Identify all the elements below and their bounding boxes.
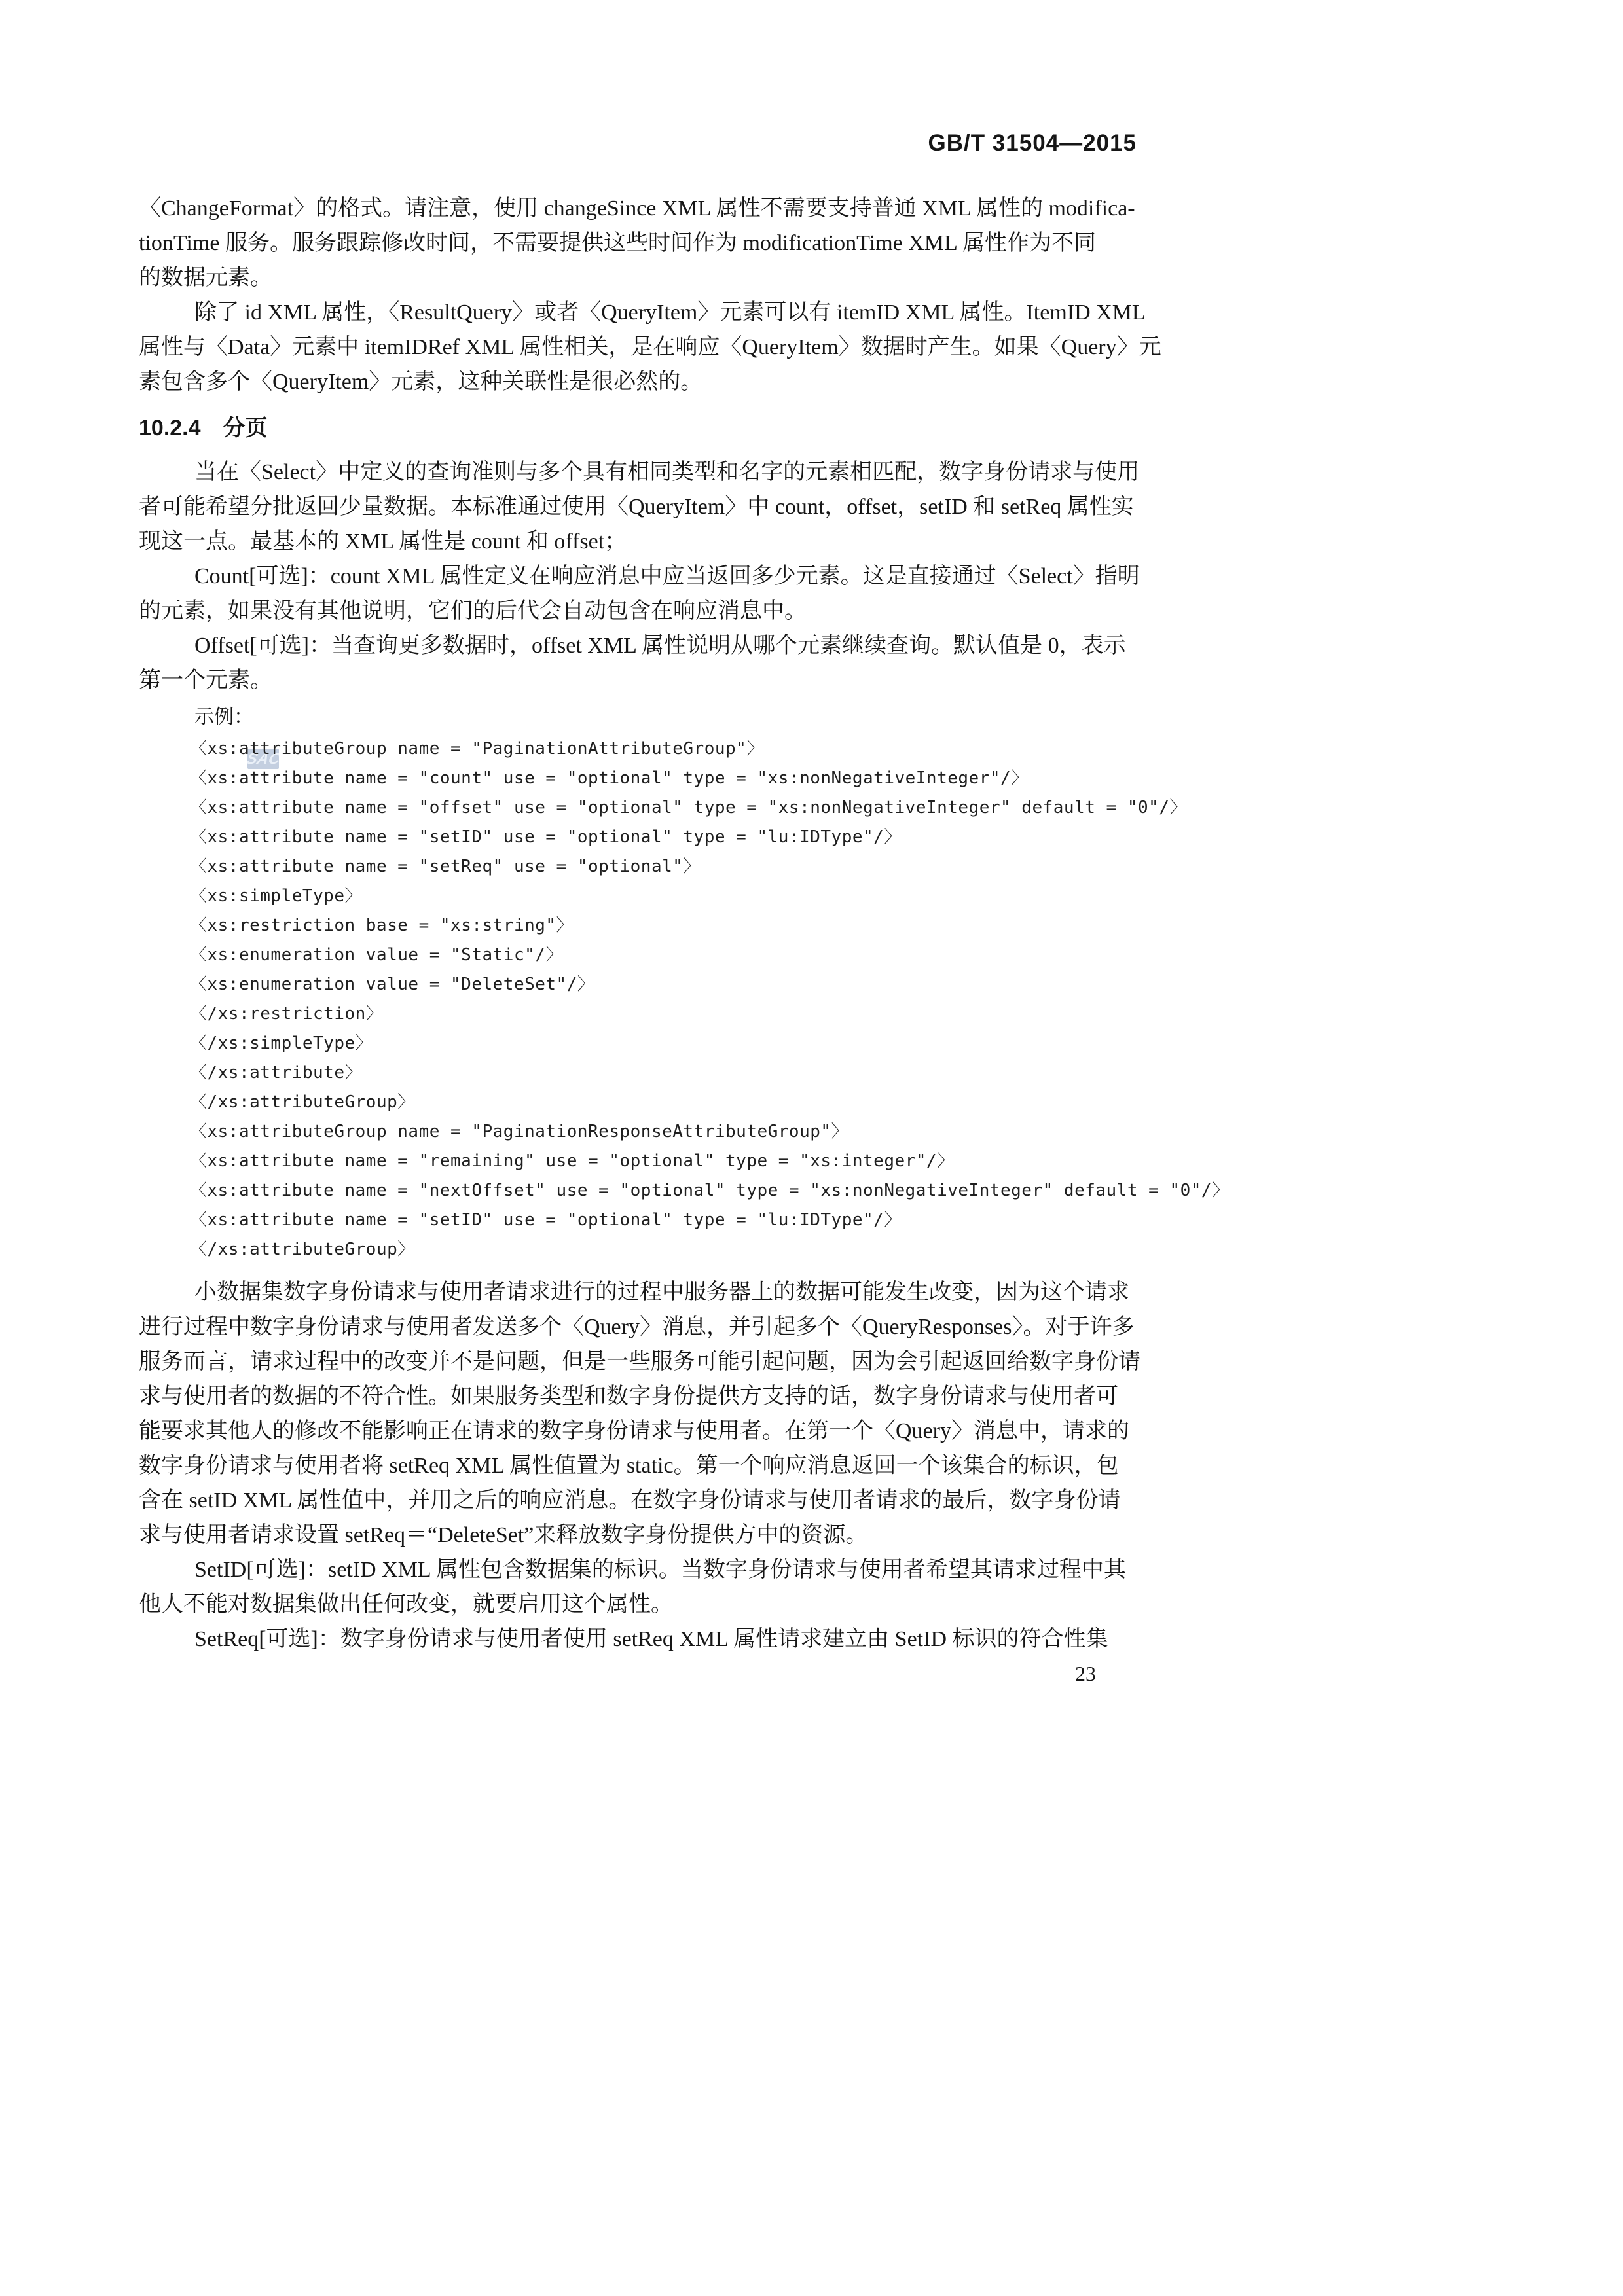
code-line: 〈/xs:restriction〉 xyxy=(190,999,1137,1029)
body-line: Offset[可选]：当查询更多数据时，offset XML 属性说明从哪个元素… xyxy=(139,628,1137,663)
paragraph-setreq: SetReq[可选]：数字身份请求与使用者使用 setReq XML 属性请求建… xyxy=(139,1622,1137,1657)
example-label: 示例： xyxy=(139,700,1137,734)
body-line: SetID[可选]：setID XML 属性包含数据集的标识。当数字身份请求与使… xyxy=(139,1552,1137,1587)
paragraph-setid: SetID[可选]：setID XML 属性包含数据集的标识。当数字身份请求与使… xyxy=(139,1552,1137,1622)
body-line: 除了 id XML 属性，〈ResultQuery〉或者〈QueryItem〉元… xyxy=(139,295,1137,330)
paragraph-count: Count[可选]：count XML 属性定义在响应消息中应当返回多少元素。这… xyxy=(139,559,1137,628)
code-line: 〈xs:restriction base = "xs:string"〉 xyxy=(190,911,1137,941)
code-line: 〈xs:simpleType〉 xyxy=(190,882,1137,911)
paragraph-offset: Offset[可选]：当查询更多数据时，offset XML 属性说明从哪个元素… xyxy=(139,628,1137,698)
code-line: 〈/xs:attributeGroup〉 xyxy=(190,1235,1137,1265)
paragraph-changeformat: 〈ChangeFormat〉的格式。请注意，使用 changeSince XML… xyxy=(139,191,1137,295)
body-line: 求与使用者的数据的不符合性。如果服务类型和数字身份提供方支持的话，数字身份请求与… xyxy=(139,1379,1137,1414)
body-line: 求与使用者请求设置 setReq＝“DeleteSet”来释放数字身份提供方中的… xyxy=(139,1518,1137,1552)
body-line: 服务而言，请求过程中的改变并不是问题，但是一些服务可能引起问题，因为会引起返回给… xyxy=(139,1344,1137,1379)
page-content: GB/T 31504—2015 〈ChangeFormat〉的格式。请注意，使用… xyxy=(139,0,1137,1689)
paragraph-select-criteria: 当在〈Select〉中定义的查询准则与多个具有相同类型和名字的元素相匹配，数字身… xyxy=(139,455,1137,559)
body-line: 进行过程中数字身份请求与使用者发送多个〈Query〉消息，并引起多个〈Query… xyxy=(139,1310,1137,1344)
code-line: 〈xs:attributeGroup name = "PaginationRes… xyxy=(190,1117,1137,1147)
body-line: 〈ChangeFormat〉的格式。请注意，使用 changeSince XML… xyxy=(139,191,1137,226)
paragraph-itemid: 除了 id XML 属性，〈ResultQuery〉或者〈QueryItem〉元… xyxy=(139,295,1137,399)
code-line: 〈xs:enumeration value = "Static"/〉 xyxy=(190,941,1137,970)
code-line: 〈/xs:simpleType〉 xyxy=(190,1029,1137,1058)
body-line: 现这一点。最基本的 XML 属性是 count 和 offset； xyxy=(139,524,1137,559)
code-line: 〈xs:enumeration value = "DeleteSet"/〉 xyxy=(190,970,1137,999)
body-line: 属性与〈Data〉元素中 itemIDRef XML 属性相关，是在响应〈Que… xyxy=(139,330,1137,365)
paragraph-small-dataset: 小数据集数字身份请求与使用者请求进行的过程中服务器上的数据可能发生改变，因为这个… xyxy=(139,1275,1137,1552)
body-line: 的数据元素。 xyxy=(139,260,1137,295)
body-line: 素包含多个〈QueryItem〉元素，这种关联性是很必然的。 xyxy=(139,365,1137,399)
section-heading-pagination: 10.2.4 分页 xyxy=(139,411,1137,446)
body-line: Count[可选]：count XML 属性定义在响应消息中应当返回多少元素。这… xyxy=(139,559,1137,594)
body-line: SetReq[可选]：数字身份请求与使用者使用 setReq XML 属性请求建… xyxy=(139,1622,1137,1657)
document-page: SAC GB/T 31504—2015 〈ChangeFormat〉的格式。请注… xyxy=(0,0,1623,2296)
standard-code-header: GB/T 31504—2015 xyxy=(139,130,1137,157)
code-line: 〈xs:attribute name = "count" use = "opti… xyxy=(190,764,1137,793)
code-line: 〈xs:attribute name = "offset" use = "opt… xyxy=(190,793,1137,823)
body-line: 第一个元素。 xyxy=(139,663,1137,698)
body-line: 含在 setID XML 属性值中，并用之后的响应消息。在数字身份请求与使用者请… xyxy=(139,1483,1137,1518)
body-line: 能要求其他人的修改不能影响正在请求的数字身份请求与使用者。在第一个〈Query〉… xyxy=(139,1414,1137,1448)
code-line: 〈xs:attributeGroup name = "PaginationAtt… xyxy=(190,734,1137,764)
code-line: 〈xs:attribute name = "remaining" use = "… xyxy=(190,1147,1137,1176)
body-line: tionTime 服务。服务跟踪修改时间，不需要提供这些时间作为 modific… xyxy=(139,226,1137,260)
body-line: 数字身份请求与使用者将 setReq XML 属性值置为 static。第一个响… xyxy=(139,1448,1137,1483)
code-line: 〈/xs:attribute〉 xyxy=(190,1058,1137,1088)
code-line: 〈/xs:attributeGroup〉 xyxy=(190,1088,1137,1117)
xml-schema-code-block: 〈xs:attributeGroup name = "PaginationAtt… xyxy=(190,734,1137,1265)
body-line: 当在〈Select〉中定义的查询准则与多个具有相同类型和名字的元素相匹配，数字身… xyxy=(139,455,1137,490)
body-line: 小数据集数字身份请求与使用者请求进行的过程中服务器上的数据可能发生改变，因为这个… xyxy=(139,1275,1137,1310)
body-line: 的元素，如果没有其他说明，它们的后代会自动包含在响应消息中。 xyxy=(139,594,1137,628)
page-number: 23 xyxy=(139,1658,1137,1689)
code-line: 〈xs:attribute name = "setID" use = "opti… xyxy=(190,1206,1137,1235)
code-line: 〈xs:attribute name = "nextOffset" use = … xyxy=(190,1176,1137,1206)
code-line: 〈xs:attribute name = "setID" use = "opti… xyxy=(190,823,1137,852)
body-line: 他人不能对数据集做出任何改变，就要启用这个属性。 xyxy=(139,1587,1137,1622)
code-line: 〈xs:attribute name = "setReq" use = "opt… xyxy=(190,852,1137,882)
body-line: 者可能希望分批返回少量数据。本标准通过使用〈QueryItem〉中 count，… xyxy=(139,490,1137,524)
